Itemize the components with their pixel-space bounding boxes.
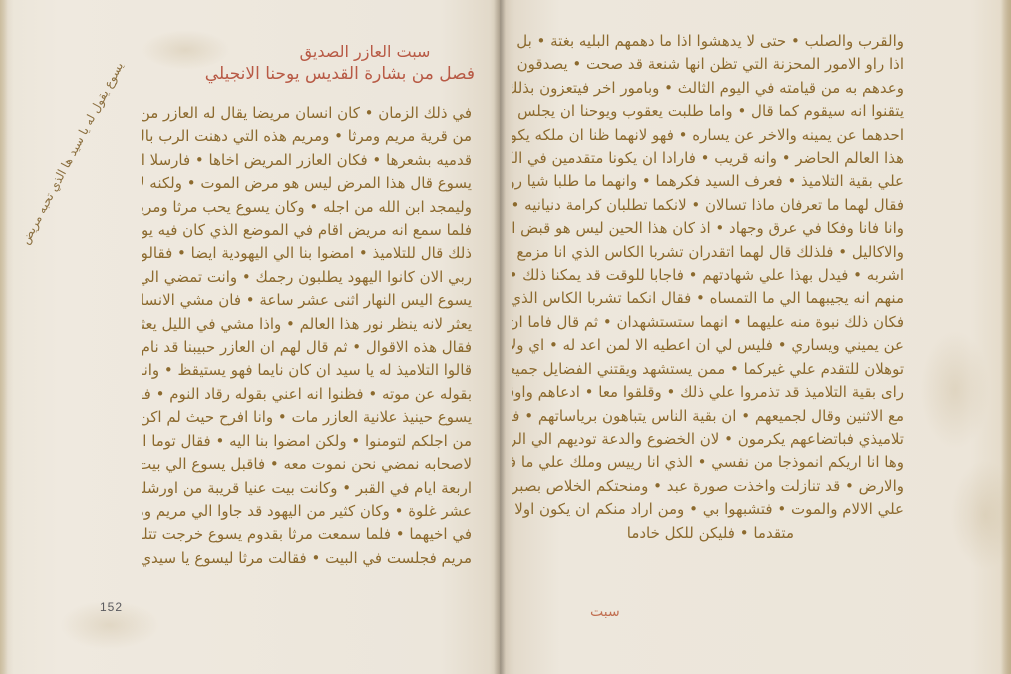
- paper-stain: [920, 330, 990, 450]
- rubric-title: سبت العازر الصديق: [255, 42, 475, 61]
- text-line: عن يميني ويساري • فليس لي ان اعطيه الا ل…: [512, 334, 904, 357]
- text-line: بقوله عن موته • فظنوا انه اعني بقوله رقا…: [142, 383, 472, 406]
- text-line: اشربه • فيدل بهذا علي شهادتهم • فاجابا ل…: [512, 264, 904, 287]
- right-page-text: والقرب والصلب • حتى لا يدهشوا اذا ما دهم…: [512, 30, 904, 545]
- text-line: ذلك قال للتلاميذ • امضوا بنا الي اليهودي…: [142, 242, 472, 265]
- text-line: والقرب والصلب • حتى لا يدهشوا اذا ما دهم…: [512, 30, 904, 53]
- right-page-edge: [1001, 0, 1011, 674]
- text-line: وعدهم به من قيامته في اليوم الثالث • وبا…: [512, 77, 904, 100]
- text-line: علي بقية التلاميذ • فعرف السيد فكرهما • …: [512, 170, 904, 193]
- text-line: احدهما عن يمينه والاخر عن يساره • فهو لا…: [512, 124, 904, 147]
- text-line: تلاميذي فباتضاعهم يكرمون • لان الخضوع وا…: [512, 428, 904, 451]
- book-gutter: [494, 0, 506, 674]
- text-line: في اخيهما • فلما سمعت مرثا بقدوم يسوع خر…: [142, 523, 472, 546]
- text-line: وانا فانا وفكا في عرق وجهاد • اذ كان هذا…: [512, 217, 904, 240]
- text-line: من اجلكم لتومنوا • ولكن امضوا بنا اليه •…: [142, 430, 472, 453]
- catchword: سبت: [590, 604, 620, 620]
- folio-number: 152: [100, 600, 123, 614]
- text-line: فقال لهما ما تعرفان ماذا تسالان • لانكما…: [512, 194, 904, 217]
- text-line: راى بقية التلاميذ قد تذمروا علي ذلك • وق…: [512, 381, 904, 404]
- text-line: والارض • قد تنازلت واخذت صورة عبد • ومنح…: [512, 475, 904, 498]
- text-line: علي الالام والموت • فتشبهوا بي • ومن ارا…: [512, 498, 904, 521]
- text-line: هذا العالم الحاضر • وانه قريب • فارادا ا…: [512, 147, 904, 170]
- text-line: قالوا التلاميذ له يا سيد ان كان نايما فه…: [142, 359, 472, 382]
- text-line: فلما سمع انه مريض اقام في الموضع الذي كا…: [142, 219, 472, 242]
- text-line: ربي الان كانوا اليهود يطلبون رجمك • وانت…: [142, 266, 472, 289]
- paper-stain: [950, 460, 1011, 570]
- text-line: مريم فجلست في البيت • فقالت مرثا ليسوع ي…: [142, 547, 472, 570]
- text-line: يعثر لانه ينظر نور هذا العالم • واذا مشي…: [142, 313, 472, 336]
- left-page-text: في ذلك الزمان • كان انسان مريضا يقال له …: [142, 102, 472, 570]
- text-line: متقدما • فليكن للكل خادما: [512, 522, 904, 545]
- text-line: والاكاليل • فلذلك قال لهما اتقدران تشربا…: [512, 241, 904, 264]
- text-line: اربعة ايام في القبر • وكانت بيت عنيا قري…: [142, 477, 472, 500]
- text-line: يسوع قال هذا المرض ليس هو مرض الموت • ول…: [142, 172, 472, 195]
- text-line: قدميه بشعرها • فكان العازر المريض اخاها …: [142, 149, 472, 172]
- text-line: توهلان للتقدم علي غيركما • ممن يستشهد وي…: [512, 358, 904, 381]
- text-line: يسوع حينيذ علانية العازر مات • وانا افرح…: [142, 406, 472, 429]
- text-line: عشر غلوة • وكان كثير من اليهود قد جاوا ا…: [142, 500, 472, 523]
- text-line: اذا راو الامور المحزنة التي تظن انها شنع…: [512, 53, 904, 76]
- text-line: وها انا اريكم انموذجا من نفسي • الذي انا…: [512, 451, 904, 474]
- rubric-subtitle: فصل من بشارة القديس يوحنا الانجيلي: [145, 64, 475, 84]
- text-line: من قرية مريم ومرثا • ومريم هذه التي دهنت…: [142, 125, 472, 148]
- text-line: لاصحابه نمضي نحن نموت معه • فاقبل يسوع ا…: [142, 453, 472, 476]
- text-line: مع الاثنين وقال لجميعهم • ان بقية الناس …: [512, 405, 904, 428]
- text-line: يسوع اليس النهار اثنى عشر ساعة • فان مشي…: [142, 289, 472, 312]
- text-line: منهم انه يجيبهما الي ما التمساه • فقال ا…: [512, 287, 904, 310]
- text-line: في ذلك الزمان • كان انسان مريضا يقال له …: [142, 102, 472, 125]
- text-line: فقال هذه الاقوال • ثم قال لهم ان العازر …: [142, 336, 472, 359]
- text-line: وليمجد ابن الله من اجله • وكان يسوع يحب …: [142, 196, 472, 219]
- manuscript-spread: سبت العازر الصديق فصل من بشارة القديس يو…: [0, 0, 1011, 674]
- left-page-edge: [0, 0, 8, 674]
- text-line: فكان ذلك نبوة منه عليهما • انهما ستستشهد…: [512, 311, 904, 334]
- text-line: يتقنوا انه سيقوم كما قال • واما طلبت يعق…: [512, 100, 904, 123]
